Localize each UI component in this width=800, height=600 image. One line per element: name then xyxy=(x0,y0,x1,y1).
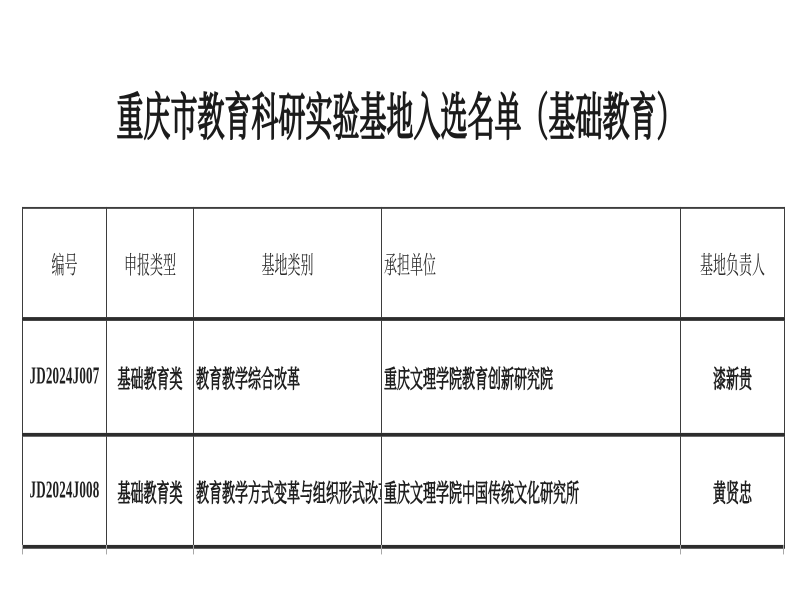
cell-unit: 重庆文理学院中国传统文化研究所 xyxy=(382,434,681,546)
page-title: 重庆市教育科研实验基地入选名单（基础教育） xyxy=(0,89,800,146)
header-cell-unit: 承担单位 xyxy=(382,208,681,318)
cell-apply-type: 基础教育类 xyxy=(107,318,194,434)
table-row: JD2024J008 基础教育类 教育教学方式变革与组织形式改革 重庆文理学院中… xyxy=(23,434,785,546)
header-cell-id: 编号 xyxy=(23,208,107,318)
table-header-row: 编号 申报类型 基地类别 承担单位 基地负责人 xyxy=(23,208,785,318)
column-border-stub xyxy=(22,545,23,554)
table-row: JD2024J007 基础教育类 教育教学综合改革 重庆文理学院教育创新研究院 … xyxy=(23,318,785,434)
cell-leader: 黄贤忠 xyxy=(681,434,785,546)
cell-id: JD2024J008 xyxy=(23,434,107,546)
column-border-stub xyxy=(193,545,194,554)
document-page: 重庆市教育科研实验基地入选名单（基础教育） 编号 申报类型 基地类别 承担单位 … xyxy=(0,0,800,600)
column-border-stub xyxy=(106,545,107,554)
header-cell-leader: 基地负责人 xyxy=(681,208,785,318)
header-cell-apply-type: 申报类型 xyxy=(107,208,194,318)
roster-table: 编号 申报类型 基地类别 承担单位 基地负责人 JD2024J007 基础教育类… xyxy=(22,207,785,548)
column-border-stub xyxy=(381,545,382,554)
column-border-stub xyxy=(783,545,784,554)
cell-category: 教育教学方式变革与组织形式改革 xyxy=(194,434,382,546)
cell-apply-type: 基础教育类 xyxy=(107,434,194,546)
header-cell-category: 基地类别 xyxy=(194,208,382,318)
cell-leader: 漆新贵 xyxy=(681,318,785,434)
column-border-stub xyxy=(680,545,681,554)
cell-category: 教育教学综合改革 xyxy=(194,318,382,434)
cell-id: JD2024J007 xyxy=(23,318,107,434)
cell-unit: 重庆文理学院教育创新研究院 xyxy=(382,318,681,434)
